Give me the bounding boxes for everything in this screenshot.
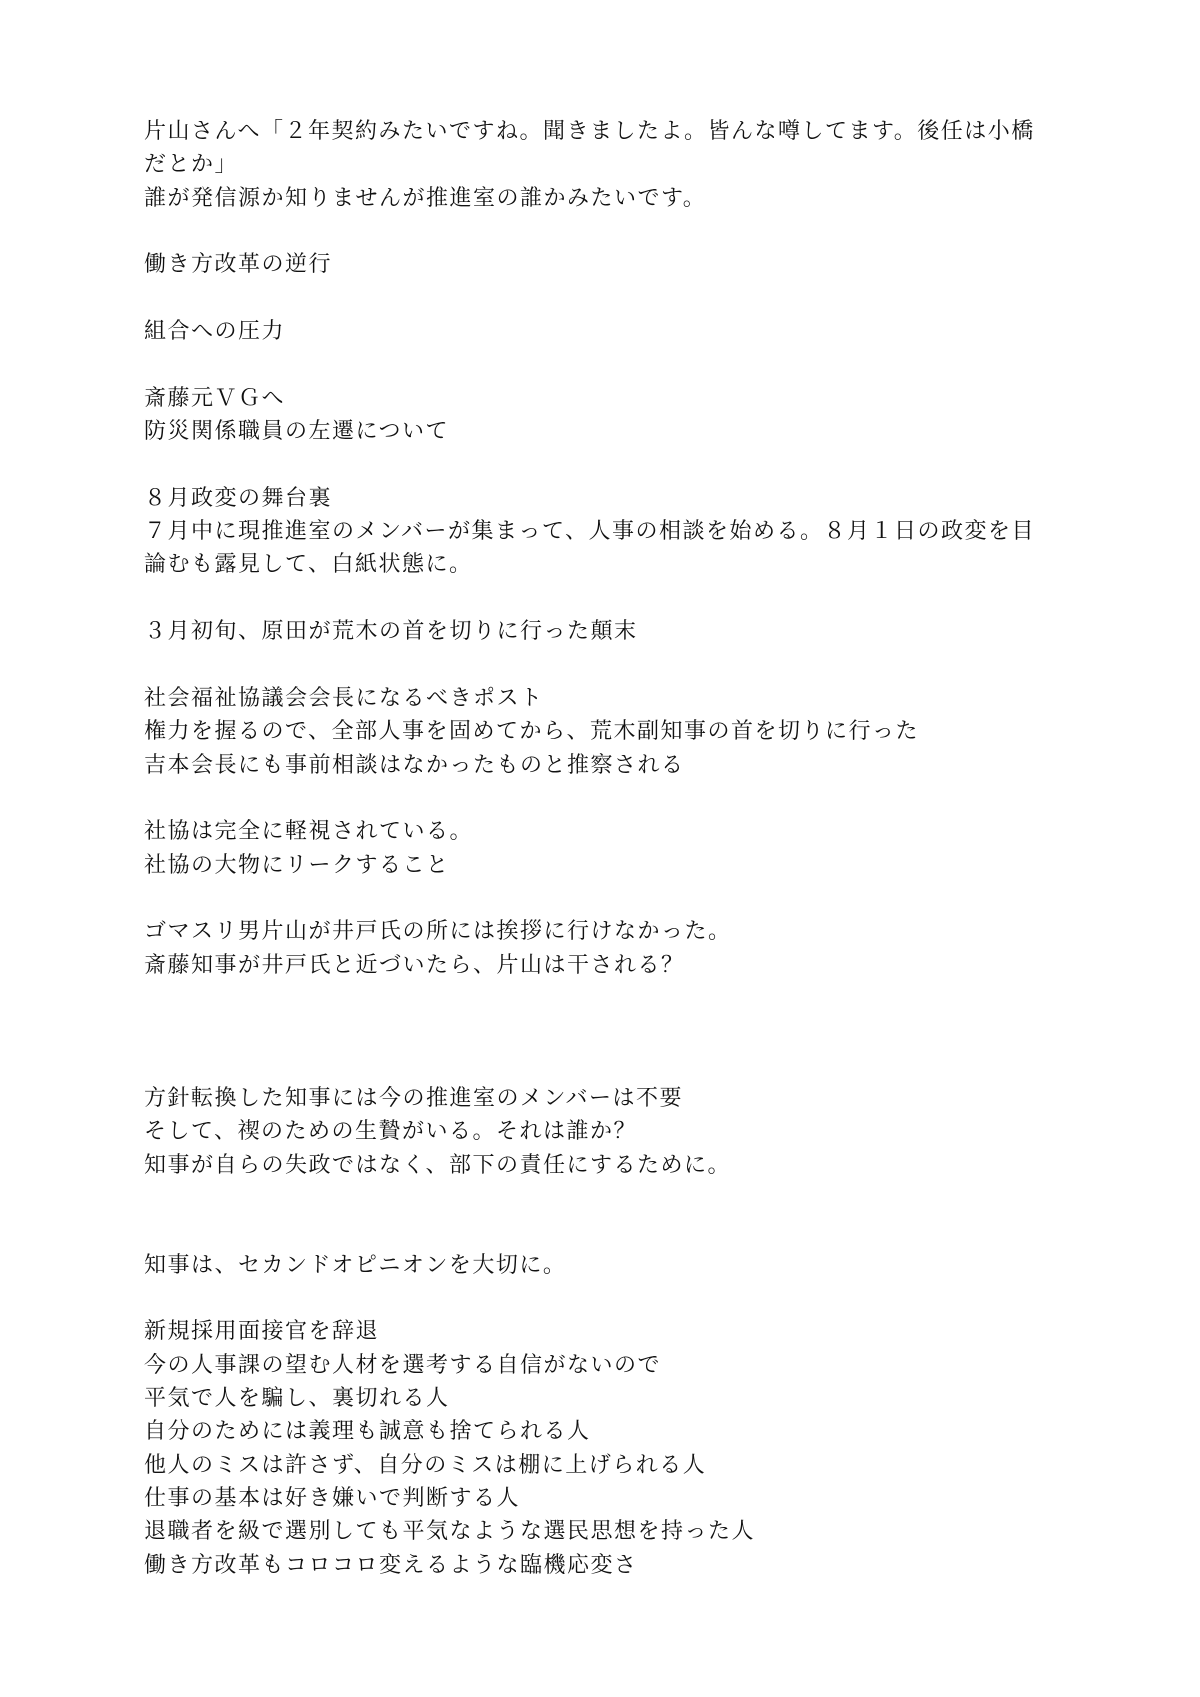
text-line: だとか」 <box>144 148 1064 181</box>
heading-line: 組合への圧力 <box>144 315 1064 348</box>
blank-line <box>144 1282 1064 1315</box>
blank-line <box>144 882 1064 915</box>
text-line: 防災関係職員の左遷について <box>144 415 1064 448</box>
document-page: 片山さんへ「２年契約みたいですね。聞きましたよ。皆んな噂してます。後任は小橋 だ… <box>0 0 1200 1697</box>
text-line: 社協の大物にリークすること <box>144 849 1064 882</box>
text-line: 吉本会長にも事前相談はなかったものと推察される <box>144 749 1064 782</box>
blank-line <box>144 215 1064 248</box>
text-line: 知事が自らの失政ではなく、部下の責任にするために。 <box>144 1149 1064 1182</box>
list-item: 退職者を級で選別しても平気なような選民思想を持った人 <box>144 1515 1064 1548</box>
text-line: 方針転換した知事には今の推進室のメンバーは不要 <box>144 1082 1064 1115</box>
blank-line <box>144 1049 1064 1082</box>
list-item: 働き方改革もコロコロ変えるような臨機応変さ <box>144 1549 1064 1582</box>
blank-line <box>144 1182 1064 1215</box>
heading-line: ３月初旬、原田が荒木の首を切りに行った顛末 <box>144 615 1064 648</box>
blank-line <box>144 1015 1064 1048</box>
blank-line <box>144 782 1064 815</box>
document-body: 片山さんへ「２年契約みたいですね。聞きましたよ。皆んな噂してます。後任は小橋 だ… <box>144 115 1064 1582</box>
text-line: ７月中に現推進室のメンバーが集まって、人事の相談を始める。８月１日の政変を目 <box>144 515 1064 548</box>
text-line: 誰が発信源か知りませんが推進室の誰かみたいです。 <box>144 182 1064 215</box>
text-line: 社会福祉協議会会長になるべきポスト <box>144 682 1064 715</box>
heading-line: ８月政変の舞台裏 <box>144 482 1064 515</box>
text-line: 今の人事課の望む人材を選考する自信がないので <box>144 1349 1064 1382</box>
blank-line <box>144 448 1064 481</box>
text-line: 知事は、セカンドオピニオンを大切に。 <box>144 1249 1064 1282</box>
text-line: 社協は完全に軽視されている。 <box>144 815 1064 848</box>
blank-line <box>144 1215 1064 1248</box>
heading-line: 斎藤元ＶＧへ <box>144 382 1064 415</box>
heading-line: 働き方改革の逆行 <box>144 248 1064 281</box>
text-line: 権力を握るので、全部人事を固めてから、荒木副知事の首を切りに行った <box>144 715 1064 748</box>
list-item: 仕事の基本は好き嫌いで判断する人 <box>144 1482 1064 1515</box>
heading-line: 新規採用面接官を辞退 <box>144 1315 1064 1348</box>
list-item: 自分のためには義理も誠意も捨てられる人 <box>144 1415 1064 1448</box>
text-line: 斎藤知事が井戸氏と近づいたら、片山は干される？ <box>144 949 1064 982</box>
text-line: 片山さんへ「２年契約みたいですね。聞きましたよ。皆んな噂してます。後任は小橋 <box>144 115 1064 148</box>
blank-line <box>144 649 1064 682</box>
blank-line <box>144 982 1064 1015</box>
list-item: 他人のミスは許さず、自分のミスは棚に上げられる人 <box>144 1449 1064 1482</box>
text-line: ゴマスリ男片山が井戸氏の所には挨拶に行けなかった。 <box>144 915 1064 948</box>
text-line: そして、禊のための生贄がいる。それは誰か？ <box>144 1115 1064 1148</box>
blank-line <box>144 582 1064 615</box>
blank-line <box>144 348 1064 381</box>
list-item: 平気で人を騙し、裏切れる人 <box>144 1382 1064 1415</box>
blank-line <box>144 282 1064 315</box>
text-line: 論むも露見して、白紙状態に。 <box>144 548 1064 581</box>
